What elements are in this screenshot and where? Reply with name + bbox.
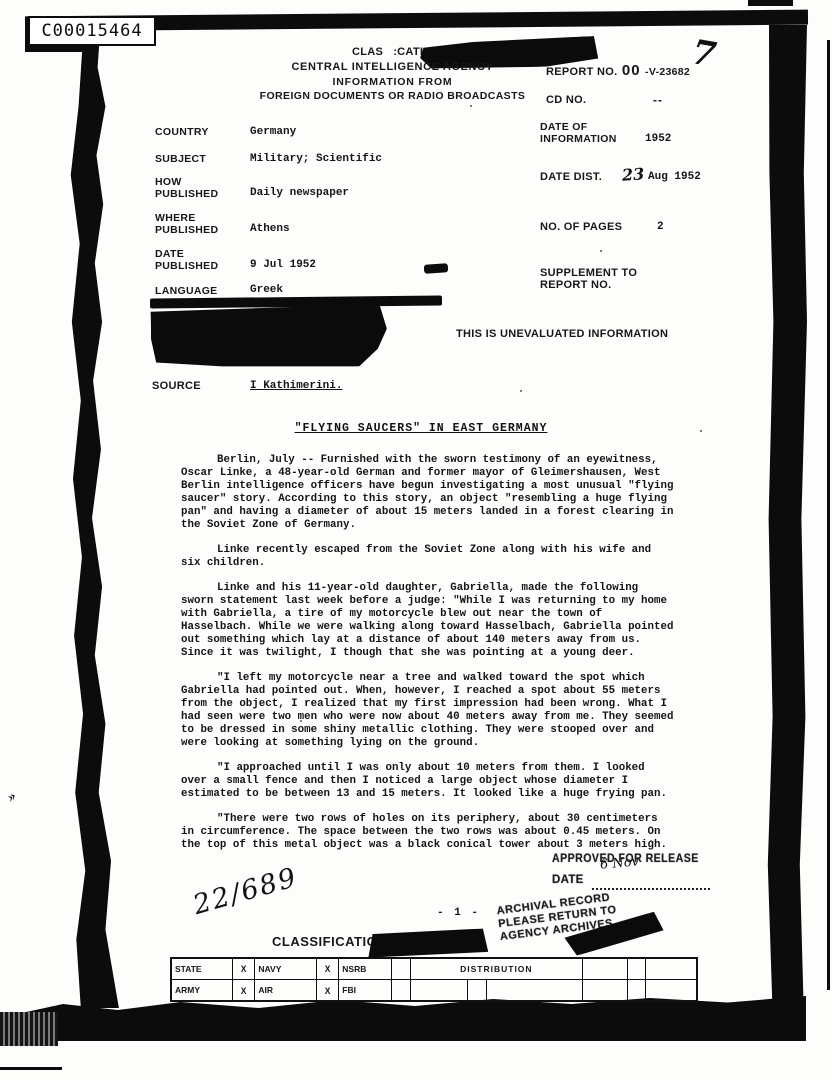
scan-right-band (767, 25, 807, 1013)
agency-line2: INFORMATION FROM (250, 76, 535, 88)
scan-topright-mark (748, 0, 793, 6)
agency-heading: CENTRAL INTELLIGENCE AGENCY INFORMATION … (250, 61, 535, 102)
empty-cell (468, 980, 486, 1002)
checkbox-x-mark: X (316, 957, 339, 980)
scan-id-text: C00015464 (41, 21, 142, 41)
meta-date-dist-label: DATE DIST. (540, 171, 602, 183)
scan-bottomleft-hatch (0, 1012, 58, 1046)
empty-cell (410, 980, 467, 1002)
article-body: Berlin, July -- Furnished with the sworn… (181, 454, 675, 864)
meta-date-dist-handwritten: 23 (621, 164, 645, 185)
scanned-document-page: » C00015464 CLAS :CATION CENTRAL INTELLI… (0, 0, 832, 1080)
release-date-handwritten: 6 Nov (600, 854, 640, 872)
paragraph: Linke recently escaped from the Soviet Z… (181, 544, 675, 570)
scan-left-band (64, 28, 120, 1008)
report-no-line: REPORT NO. 00 -V-23682 (546, 62, 690, 80)
table-row: ARMY X AIR X FBI (171, 980, 697, 1002)
agency-line3: FOREIGN DOCUMENTS OR RADIO BROADCASTS (250, 90, 535, 102)
release-date-line: DATE 6 Nov (552, 870, 710, 890)
meta-where-published-value: Athens (250, 223, 290, 235)
agency-cell: NSRB (339, 958, 392, 980)
agency-cell: NAVY (255, 958, 316, 980)
page-number: - 1 - (437, 907, 480, 919)
scan-id-box: C00015464 (28, 16, 156, 46)
agency-cell: ARMY (171, 980, 232, 1002)
handwritten-ref: 22/689 (190, 862, 301, 921)
agency-line1: CENTRAL INTELLIGENCE AGENCY (250, 61, 535, 73)
empty-cell (627, 980, 645, 1002)
empty-cell (582, 980, 627, 1002)
meta-country-label: COUNTRY (155, 126, 209, 138)
meta-date-of-info-label: DATE OF INFORMATION (540, 121, 617, 145)
agency-cell: STATE (171, 958, 232, 980)
cd-no-label: CD NO. (546, 94, 586, 106)
meta-country-value: Germany (250, 126, 296, 138)
scan-smudge-datepub (424, 263, 449, 274)
meta-supplement-label: SUPPLEMENT TO REPORT NO. (540, 267, 637, 291)
report-no-oo: 00 (622, 62, 641, 79)
paragraph: "There were two rows of holes on its per… (181, 813, 675, 852)
distribution-header-cell: DISTRIBUTION (410, 958, 582, 980)
cd-no-value: -- (653, 94, 663, 106)
empty-cell (646, 980, 697, 1002)
agency-cell: AIR (255, 980, 316, 1002)
paragraph: Berlin, July -- Furnished with the sworn… (181, 454, 675, 532)
redaction-block-source (150, 304, 387, 370)
meta-how-published-label: HOW PUBLISHED (155, 176, 218, 200)
checkbox-x-mark: X (232, 957, 255, 980)
source-value: I Kathimerini. (250, 380, 342, 392)
margin-mark: » (4, 789, 19, 806)
meta-date-dist-value: Aug 1952 (648, 171, 701, 183)
empty-cell (486, 980, 582, 1002)
meta-language-value: Greek (250, 284, 283, 296)
agency-cell: FBI (339, 980, 392, 1002)
empty-cell (392, 980, 410, 1002)
report-no-rest: -V-23682 (645, 66, 690, 78)
redaction-bar (150, 295, 442, 308)
paragraph: "I approached until I was only about 10 … (181, 762, 675, 801)
footer-classification-label: CLASSIFICATION (272, 936, 387, 948)
meta-date-published-value: 9 Jul 1952 (250, 259, 316, 271)
handwritten-top-mark: 7 (689, 32, 719, 76)
meta-pages-value: 2 (657, 221, 664, 233)
redaction-block-classification (368, 928, 489, 957)
meta-date-of-info-value: 1952 (645, 133, 671, 145)
report-no-label: REPORT NO. (546, 66, 617, 78)
empty-cell (646, 958, 697, 980)
release-date-label: DATE (552, 874, 584, 886)
unevaluated-notice: THIS IS UNEVALUATED INFORMATION (456, 328, 668, 340)
meta-language-label: LANGUAGE (155, 285, 217, 297)
distribution-table: STATE X NAVY X NSRB DISTRIBUTION ARMY X … (170, 957, 698, 1002)
scan-bottom-blob (24, 995, 806, 1045)
empty-cell (627, 958, 645, 980)
meta-where-published-label: WHERE PUBLISHED (155, 212, 218, 236)
paragraph: Linke and his 11-year-old daughter, Gabr… (181, 582, 675, 660)
meta-how-published-value: Daily newspaper (250, 187, 349, 199)
meta-date-published-label: DATE PUBLISHED (155, 248, 218, 272)
paragraph: "I left my motorcycle near a tree and wa… (181, 672, 675, 750)
empty-cell (582, 958, 627, 980)
meta-pages-label: NO. OF PAGES (540, 221, 622, 233)
table-row: STATE X NAVY X NSRB DISTRIBUTION (171, 958, 697, 980)
article-title: "FLYING SAUCERS" IN EAST GERMANY (295, 422, 548, 435)
checkbox-x-mark: X (232, 979, 255, 1002)
article-title-row: "FLYING SAUCERS" IN EAST GERMANY (180, 418, 662, 436)
meta-subject-value: Military; Scientific (250, 153, 382, 165)
meta-subject-label: SUBJECT (155, 153, 206, 165)
checkbox-x-mark: X (316, 979, 339, 1002)
scan-bottomleft-line (0, 1067, 62, 1070)
source-label: SOURCE (152, 380, 201, 392)
empty-cell (392, 958, 410, 980)
scan-right-edge-line (827, 40, 830, 990)
